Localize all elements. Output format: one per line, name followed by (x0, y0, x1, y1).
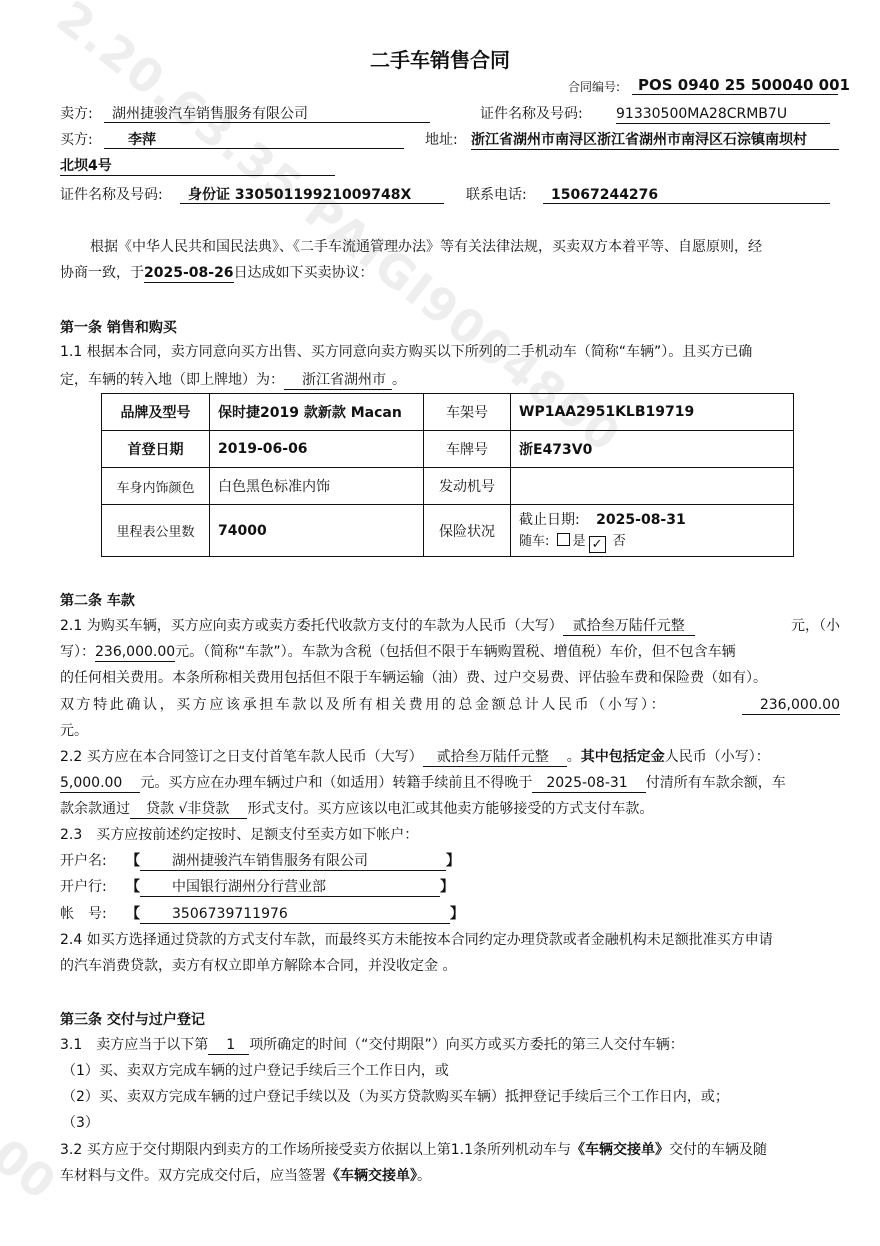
article1-p1-line1: 1.1 根据本合同，卖方同意向买方出售、买方同意向卖方购买以下所列的二手机动车（… (60, 343, 752, 361)
expiry-date: 2025-08-31 (596, 512, 686, 528)
article2-p2-text-a: 2.2 买方应在本合同签订之日支付首笔车款人民币（大写） (60, 749, 423, 765)
insurance-expiry: 截止日期: 2025-08-31 (519, 509, 785, 531)
seller-id-label: 证件名称及号码: (480, 105, 583, 123)
account-name: 湖州捷骏汽车销售服务有限公司 (140, 852, 446, 871)
account-name-label: 开户名: (60, 852, 126, 870)
preamble-line1: 根据《中华人民共和国民法典》、《二手车流通管理办法》等有关法律法规，买卖双方本着… (90, 238, 762, 256)
vehicle-table: 品牌及型号 保时捷2019 款新款 Macan 车架号 WP1AA2951KLB… (101, 393, 794, 557)
article2-p2-text-c: 人民币（小写）： (665, 749, 770, 765)
buyer-id: 身份证 33050119921009748X (180, 186, 444, 204)
vin-value: WP1AA2951KLB19719 (511, 394, 794, 431)
price-words: 贰拾叁万陆仟元整 (563, 617, 695, 636)
article3-p2-line1: 3.2 买方应于交付期限内到卖方的工作场所接受卖方依据以上第1.1条所列机动车与… (60, 1141, 767, 1159)
article2-p1-line3: 的任何相关费用。本条所称相关费用包括但不限于车辆运输（油）费、过户交易费、评估验… (60, 669, 767, 687)
article3-text-b: 项所确定的时间（“交付期限”）向买方或买方委托的第三人交付车辆： (249, 1037, 684, 1053)
article3-p2-line2: 车材料与文件。双方完成交付后，应当签署《车辆交接单》。 (60, 1167, 431, 1185)
deposit-amount: 5,000.00 (60, 774, 140, 793)
account-bank-label: 开户行: (60, 878, 126, 896)
article3-text-a: 3.1 卖方应当于以下第 (60, 1037, 208, 1053)
article2-p2-text-b: 。 (567, 749, 581, 765)
article1-heading: 第一条 销售和购买 (60, 317, 177, 337)
table-row: 首登日期 2019-06-06 车牌号 浙E473V0 (102, 431, 794, 468)
agreement-date: 2025-08-26 (144, 264, 234, 283)
article2-p2-line3: 款余款通过贷款 √非贷款形式支付。买方应该以电汇或其他卖方能够接受的方式支付车款… (60, 800, 653, 819)
article3-p2-text-d: 。 (417, 1168, 431, 1184)
deposit-included-text: 其中包括定金 (581, 749, 665, 765)
article2-text-a: 2.1 为购买车辆，买方应向卖方或卖方委托代收款方支付的车款为人民币（大写） (60, 618, 563, 634)
plate-value: 浙E473V0 (511, 431, 794, 468)
with-car-yes-checkbox[interactable] (557, 533, 570, 546)
page-title: 二手车销售合同 (0, 44, 880, 73)
close-bracket: 】 (440, 879, 454, 895)
open-bracket: 【 (126, 906, 140, 922)
buyer-name: 李萍 (104, 131, 404, 149)
contract-no-label: 合同编号: (568, 78, 620, 95)
engine-no-label: 发动机号 (424, 468, 511, 505)
article3-p2-text-a: 3.2 买方应于交付期限内到卖方的工作场所接受卖方依据以上第1.1条所列机动车与 (60, 1142, 571, 1158)
article2-text-f: 双方特此确认，买方应该承担车款以及所有相关费用的总金额总计人民币（小写）： (60, 697, 667, 713)
registration-place: 浙江省湖州市 (284, 371, 392, 390)
with-car-label: 随车: (519, 534, 549, 549)
buyer-label: 买方: (60, 131, 93, 149)
article3-heading: 第三条 交付与过户登记 (60, 1009, 205, 1029)
account-name-row: 开户名:【湖州捷骏汽车销售服务有限公司】 (60, 852, 460, 871)
expiry-label: 截止日期: (519, 512, 580, 528)
table-row: 品牌及型号 保时捷2019 款新款 Macan 车架号 WP1AA2951KLB… (102, 394, 794, 431)
preamble-text-c: 日达成如下买卖协议： (234, 265, 374, 281)
insurance-value: 截止日期: 2025-08-31 随车: 是✓ 否 (511, 505, 794, 557)
article2-text-d: 元。（简称“车款”）。车款为含税（包括但不限于车辆购置税、增值税）车价，但不包含… (175, 644, 736, 660)
contract-no: POS 0940 25 500040 001 (632, 76, 838, 95)
delivery-option-1: （1）买、卖双方完成车辆的过户登记手续后三个工作日内，或 (62, 1062, 449, 1080)
account-number-row: 帐 号:【3506739711976】 (60, 905, 464, 924)
article2-text-b: 元，（小 (791, 617, 840, 635)
seller-label: 卖方: (60, 105, 93, 123)
watermark-tail: 00 (0, 1128, 66, 1210)
delivery-item-no: 1 (208, 1036, 249, 1055)
mileage-value: 74000 (210, 505, 424, 557)
yes-label: 是 (573, 534, 586, 549)
account-number-label: 帐 号: (60, 905, 126, 923)
phone: 15067244276 (543, 186, 830, 204)
first-payment-words: 贰拾叁万陆仟元整 (423, 748, 567, 767)
phone-label: 联系电话: (466, 186, 527, 204)
article1-text-b: 定，车辆的转入地（即上牌地）为： (60, 372, 284, 388)
engine-no-value (511, 468, 794, 505)
plate-label: 车牌号 (424, 431, 511, 468)
first-reg-date-value: 2019-06-06 (210, 431, 424, 468)
article2-p1-line1: 2.1 为购买车辆，买方应向卖方或卖方委托代收款方支付的车款为人民币（大写）贰拾… (60, 617, 840, 636)
article3-p2-text-c: 车材料与文件。双方完成交付后，应当签署 (60, 1168, 326, 1184)
article2-heading: 第二条 车款 (60, 590, 135, 610)
article1-p1-line2: 定，车辆的转入地（即上牌地）为：浙江省湖州市。 (60, 371, 406, 390)
brand-model-label: 品牌及型号 (102, 394, 210, 431)
account-bank-row: 开户行:【中国银行湖州分行营业部】 (60, 878, 454, 897)
payment-deadline: 2025-08-31 (532, 774, 645, 793)
account-number: 3506739711976 (140, 905, 450, 924)
article3-p1: 3.1 卖方应当于以下第1项所确定的时间（“交付期限”）向买方或买方委托的第三人… (60, 1036, 684, 1055)
address-line1: 浙江省湖州市南浔区浙江省湖州市南浔区石淙镇南坝村 (471, 131, 839, 150)
article2-p2-line2: 5,000.00元。买方应在办理车辆过户和（如适用）转籍手续前且不得晚于2025… (60, 774, 786, 793)
delivery-option-3: （3） (62, 1114, 99, 1132)
article2-p2-text-f: 款余款通过 (60, 801, 130, 817)
handover-doc-ref: 《车辆交接单》 (571, 1142, 669, 1158)
price-number: 236,000.00 (95, 643, 175, 662)
open-bracket: 【 (126, 879, 140, 895)
article1-text-c: 。 (392, 372, 406, 388)
preamble-text-b: 协商一致，于 (60, 265, 144, 281)
article2-p3: 2.3 买方应按前述约定按时、足额支付至卖方如下帐户： (60, 826, 418, 844)
seller-name: 湖州捷骏汽车销售服务有限公司 (104, 105, 430, 123)
article3-p2-text-b: 交付的车辆及随 (669, 1142, 767, 1158)
color-label: 车身内饰颜色 (102, 468, 210, 505)
article2-p1-line2: 写）：236,000.00元。（简称“车款”）。车款为含税（包括但不限于车辆购置… (60, 643, 736, 662)
address-line2: 北坝4号 (60, 157, 335, 176)
first-reg-date-label: 首登日期 (102, 431, 210, 468)
mileage-label: 里程表公里数 (102, 505, 210, 557)
article2-p2-text-e: 付清所有车款余额，车 (646, 775, 786, 791)
buyer-id-label: 证件名称及号码: (60, 186, 163, 204)
article2-p1-line5: 元。 (60, 722, 88, 740)
account-bank: 中国银行湖州分行营业部 (140, 878, 440, 897)
article2-p2-text-g: 形式支付。买方应该以电汇或其他卖方能够接受的方式支付车款。 (247, 801, 653, 817)
brand-model-value: 保时捷2019 款新款 Macan (210, 394, 424, 431)
article2-p4-line1: 2.4 如买方选择通过贷款的方式支付车款，而最终买方未能按本合同约定办理贷款或者… (60, 931, 773, 949)
address-label: 地址: (425, 131, 458, 149)
insurance-label: 保险状况 (424, 505, 511, 557)
article2-p4-line2: 的汽车消费贷款，卖方有权立即单方解除本合同，并没收定金 。 (60, 957, 456, 975)
table-row: 车身内饰颜色 白色黑色标准内饰 发动机号 (102, 468, 794, 505)
vin-label: 车架号 (424, 394, 511, 431)
article2-p2-text-d: 元。买方应在办理车辆过户和（如适用）转籍手续前且不得晚于 (140, 775, 532, 791)
close-bracket: 】 (450, 906, 464, 922)
handover-doc-ref: 《车辆交接单》 (326, 1168, 417, 1184)
delivery-option-2: （2）买、卖双方完成车辆的过户登记手续以及（为买方贷款购买车辆）抵押登记手续后三… (62, 1088, 729, 1106)
seller-id: 91330500MA28CRMB7U (616, 105, 830, 124)
payment-method: 贷款 √非贷款 (130, 800, 247, 819)
close-bracket: 】 (446, 853, 460, 869)
article2-p2-line1: 2.2 买方应在本合同签订之日支付首笔车款人民币（大写）贰拾叁万陆仟元整。其中包… (60, 748, 840, 767)
color-value: 白色黑色标准内饰 (210, 468, 424, 505)
table-row: 里程表公里数 74000 保险状况 截止日期: 2025-08-31 随车: 是… (102, 505, 794, 557)
no-label: 否 (613, 534, 626, 549)
article2-p1-line4: 双方特此确认，买方应该承担车款以及所有相关费用的总金额总计人民币（小写）： 23… (60, 696, 840, 714)
with-car-no-checkbox[interactable]: ✓ (589, 536, 606, 553)
open-bracket: 【 (126, 853, 140, 869)
brand-model-text: 保时捷2019 款新款 Macan (218, 405, 402, 421)
total-number: 236,000.00 (742, 696, 840, 715)
with-car-row: 随车: 是✓ 否 (519, 531, 785, 553)
preamble-line2: 协商一致，于2025-08-26日达成如下买卖协议： (60, 264, 374, 283)
article2-text-c: 写）： (60, 644, 95, 660)
